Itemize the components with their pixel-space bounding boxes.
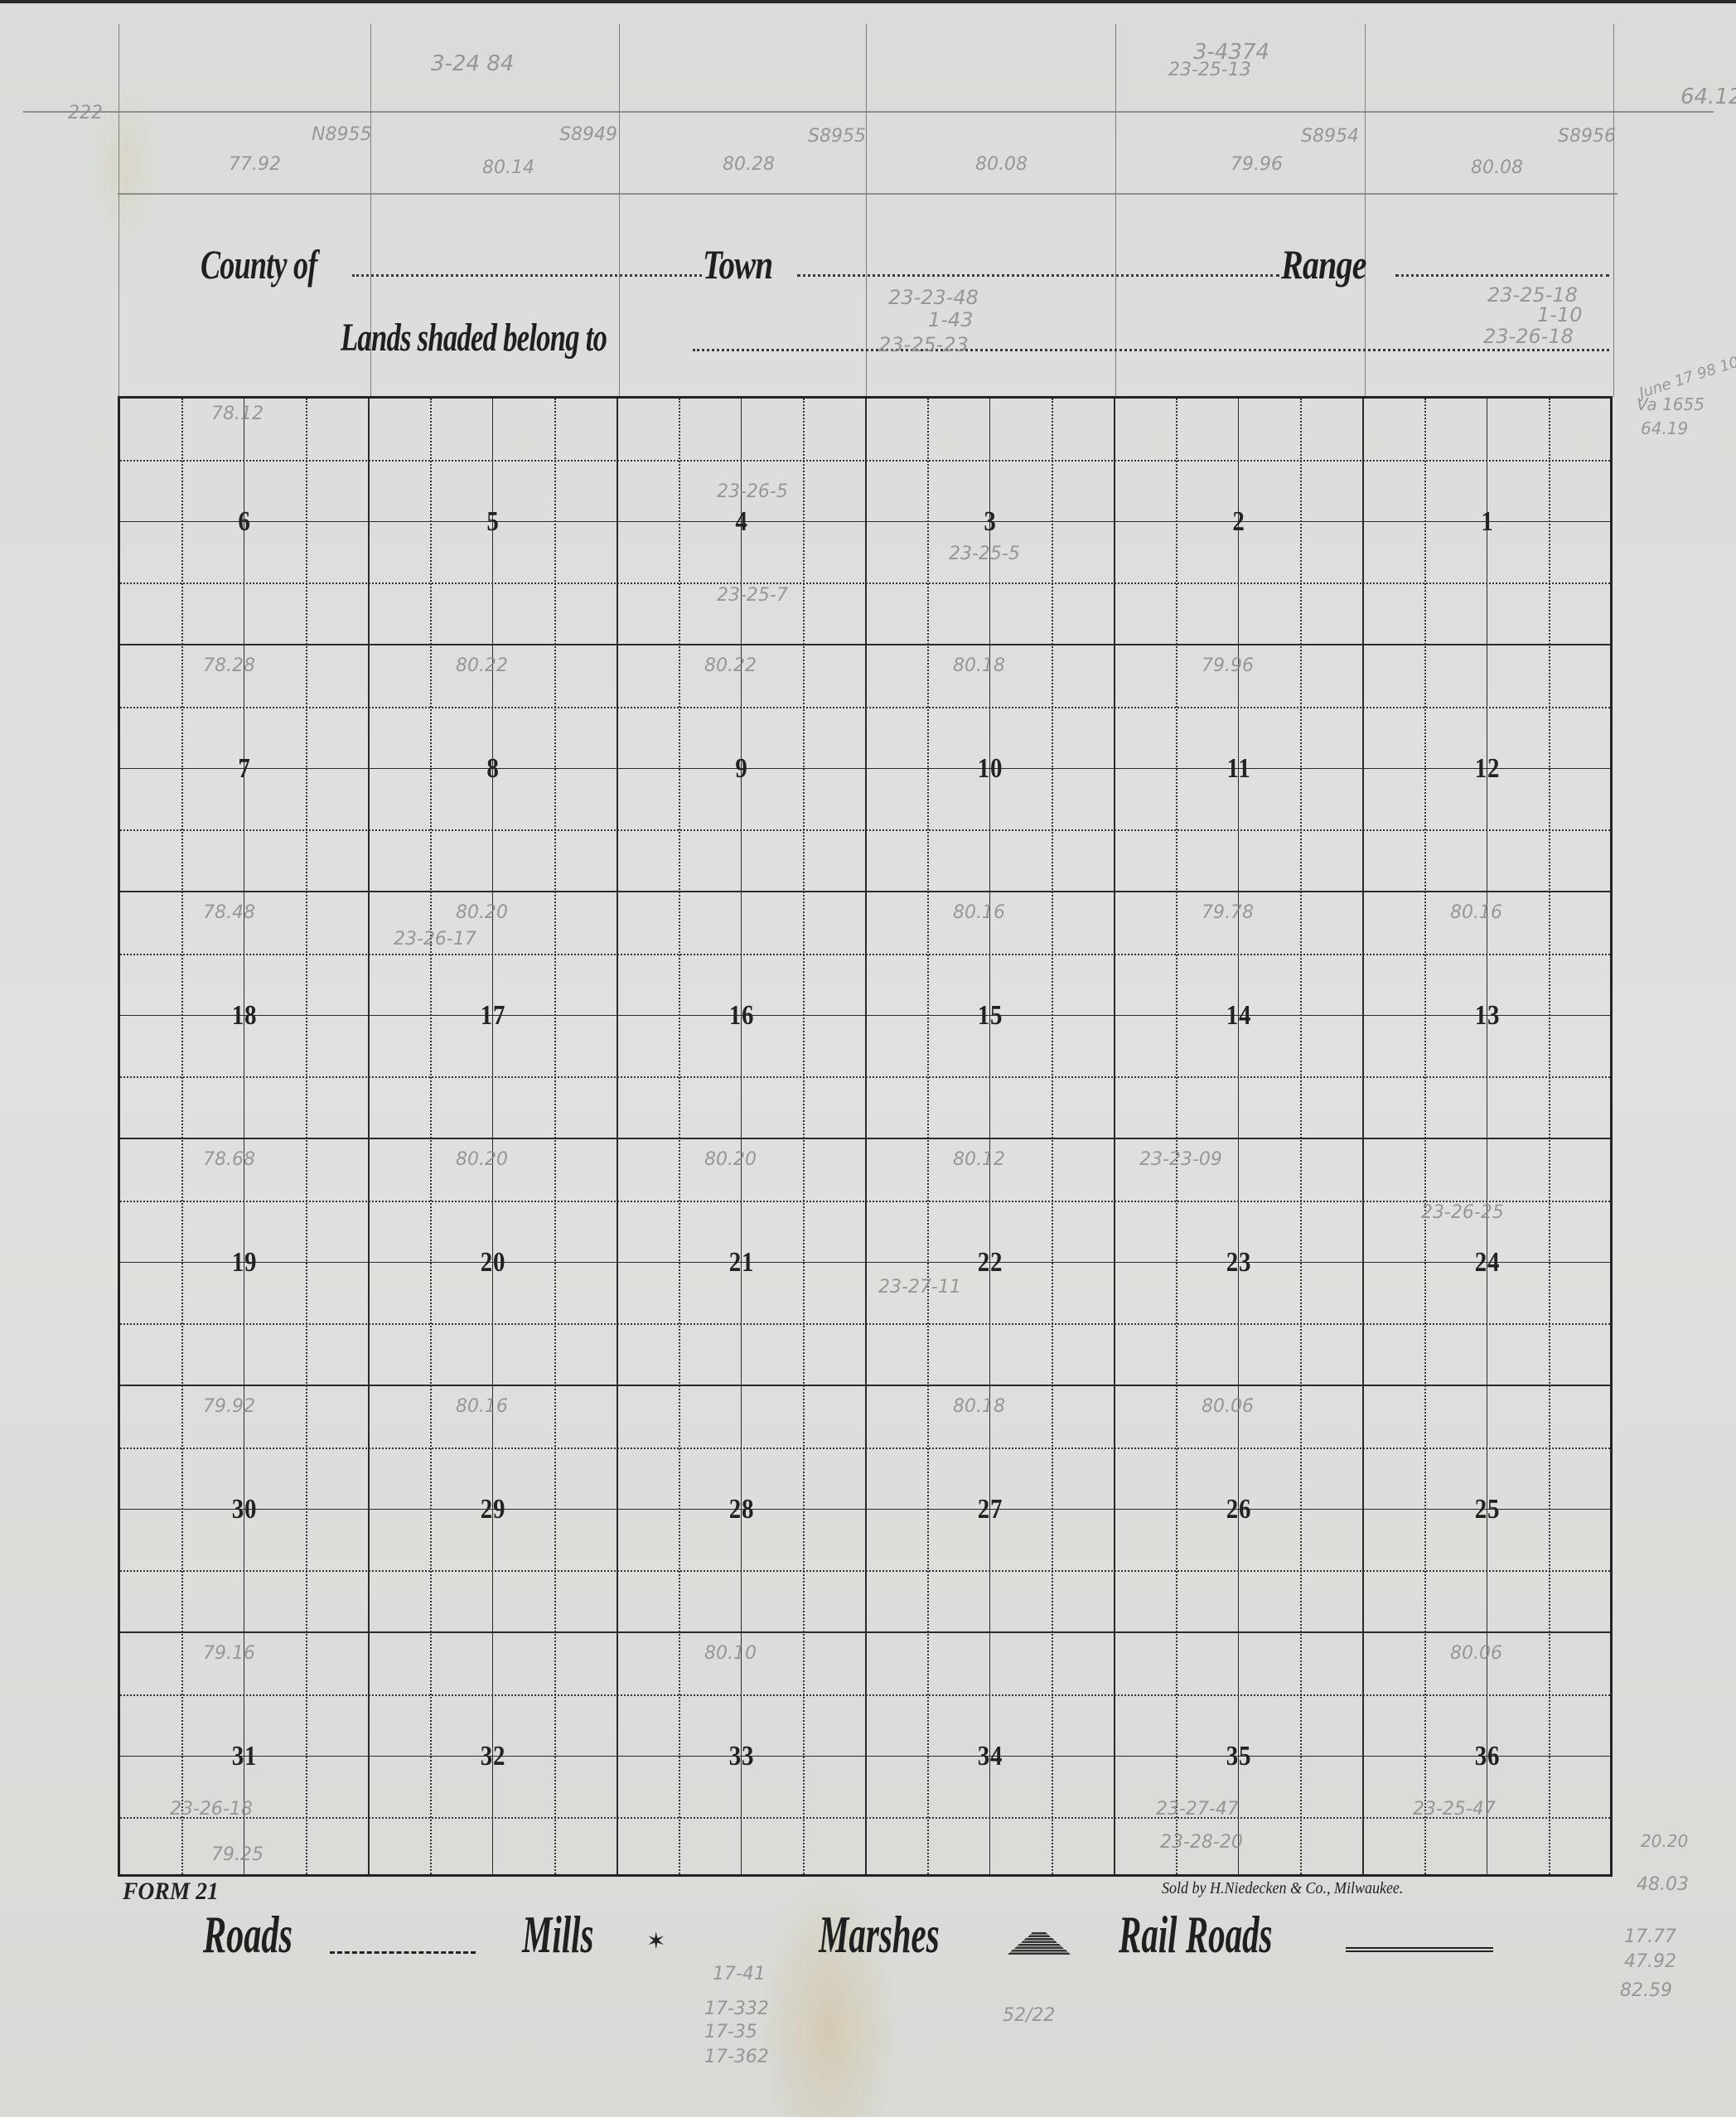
half-line-v [1238,399,1239,1874]
pencil-note: 23-25-23 [878,333,969,356]
scan-top-edge [0,0,1736,3]
pencil-note: 52/22 [1003,2005,1055,2026]
section-31[interactable]: 31 [232,1742,258,1771]
legend-rail-roads: Rail Roads [1119,1904,1273,1965]
pencil-note: 23-28-20 [1160,1832,1243,1853]
pencil-note: 20.20 [1641,1831,1688,1851]
section-7[interactable]: 7 [238,755,250,783]
section-5[interactable]: 5 [486,508,499,536]
pencil-note: 23-26-17 [394,929,476,950]
pencil-note: S8949 [559,124,617,145]
section-24[interactable]: 24 [1475,1249,1501,1277]
upper-vline-4 [866,24,867,397]
upper-vline-6 [1365,24,1366,397]
town-field[interactable] [797,274,1279,277]
pencil-note: 23-25-13 [1168,60,1251,80]
quarter-line-h [120,954,1610,955]
upper-vline-1 [118,24,119,397]
pencil-note: 80.20 [456,902,508,923]
range-label: Range [1281,240,1366,288]
pencil-note: 64.19 [1641,418,1688,438]
legend-roads: Roads [203,1904,293,1965]
section-13[interactable]: 13 [1475,1002,1501,1030]
section-34[interactable]: 34 [978,1742,1003,1771]
mill-star-icon: ✶ [646,1927,665,1955]
pencil-note: 80.20 [456,1149,508,1170]
half-line-h [120,521,1610,522]
section-11[interactable]: 11 [1226,755,1250,783]
section-8[interactable]: 8 [486,755,499,783]
half-line-h [120,1262,1610,1263]
section-2[interactable]: 2 [1232,508,1245,536]
pencil-note: 80.10 [704,1643,757,1664]
pencil-note: 79.96 [1231,154,1283,175]
legend-marshes: Marshes [819,1904,940,1965]
quarter-line-v [181,399,183,1874]
pencil-note: 222 [68,103,103,123]
section-21[interactable]: 21 [729,1249,755,1277]
section-18[interactable]: 18 [232,1002,258,1030]
pencil-note: 80.16 [953,902,1005,923]
pencil-note: 80.18 [953,1396,1005,1417]
pencil-note: 80.22 [704,655,757,676]
section-line-v [1362,399,1364,1874]
upper-vline-7 [1613,24,1614,397]
section-line-h [120,891,1610,892]
half-line-h [120,1756,1610,1757]
upper-line-1 [23,111,1714,113]
quarter-line-v [430,399,432,1874]
pencil-note: 23-26-18 [1483,325,1574,348]
section-19[interactable]: 19 [232,1249,258,1277]
pencil-note: S8956 [1558,126,1616,147]
quarter-line-h [120,1817,1610,1819]
pencil-note: 23-25-5 [949,544,1020,564]
pencil-note: 80.12 [953,1149,1005,1170]
pencil-note: 47.92 [1624,1951,1676,1972]
section-20[interactable]: 20 [481,1249,506,1277]
pencil-note: 79.92 [203,1396,255,1417]
section-9[interactable]: 9 [735,755,747,783]
marsh-symbol-icon [1001,1931,1077,1955]
pencil-note: 80.28 [723,154,775,175]
pencil-note: 17-362 [704,2047,769,2067]
quarter-line-v [679,399,680,1874]
lands-shaded-label: Lands shaded belong to [341,315,607,360]
upper-vline-5 [1115,24,1116,397]
section-line-v [617,399,618,1874]
half-line-h [120,1509,1610,1510]
pencil-note: June 17 98 10 am [1637,345,1736,402]
section-line-v [1114,399,1115,1874]
upper-vline-3 [619,24,620,397]
section-10[interactable]: 10 [978,755,1003,783]
pencil-note: 17.77 [1624,1926,1676,1947]
pencil-note: 17-332 [704,1999,769,2019]
pencil-note: 23-27-47 [1156,1799,1239,1820]
quarter-line-h [120,582,1610,584]
section-28[interactable]: 28 [729,1496,755,1524]
pencil-note: 23-25-7 [717,585,788,606]
section-33[interactable]: 33 [729,1742,755,1771]
pencil-note: 23-23-48 [888,286,979,309]
pencil-note: 80.06 [1202,1396,1254,1417]
pencil-note: S8955 [808,126,866,147]
section-16[interactable]: 16 [729,1002,755,1030]
pencil-note: 80.06 [1450,1643,1502,1664]
lands-owner-field[interactable] [693,349,1609,351]
quarter-line-v [554,399,556,1874]
pencil-note: 23-26-18 [170,1799,253,1820]
section-14[interactable]: 14 [1226,1002,1252,1030]
quarter-line-h [120,707,1610,708]
pencil-note: 80.08 [1471,157,1523,178]
pencil-note: 3-24 84 [431,51,514,76]
pencil-note: S8954 [1301,126,1359,147]
section-line-h [120,1138,1610,1139]
railroad-symbol [1346,1947,1493,1952]
pencil-note: 17-41 [713,1964,766,1984]
pencil-note: 80.18 [953,655,1005,676]
quarter-line-h [120,460,1610,462]
county-label: County of [201,240,317,288]
half-line-v [989,399,990,1874]
range-field[interactable] [1395,274,1609,277]
pencil-note: 64.12 [1680,85,1736,109]
pencil-note: 23-26-5 [717,481,788,502]
county-field[interactable] [352,274,702,277]
quarter-line-h [120,829,1610,831]
section-4[interactable]: 4 [735,508,747,536]
pencil-note: 79.78 [1202,902,1254,923]
half-line-v [492,399,493,1874]
section-23[interactable]: 23 [1226,1249,1252,1277]
pencil-note: 78.12 [211,404,264,424]
section-25[interactable]: 25 [1475,1496,1501,1524]
quarter-line-h [120,1323,1610,1325]
pencil-note: 23-26-25 [1421,1202,1504,1223]
quarter-line-v [306,399,307,1874]
pencil-note: Va 1655 [1637,394,1705,414]
section-36[interactable]: 36 [1475,1742,1501,1771]
pencil-note: 77.92 [229,154,281,175]
quarter-line-v [1300,399,1302,1874]
quarter-line-h [120,1076,1610,1078]
half-line-h [120,1015,1610,1016]
section-12[interactable]: 12 [1475,755,1501,783]
pencil-note: 23-27-11 [878,1277,961,1298]
form-number: FORM 21 [123,1878,219,1906]
quarter-line-v [1424,399,1426,1874]
pencil-note: 78.48 [203,902,255,923]
pencil-note: N8955 [312,124,371,145]
section-30[interactable]: 30 [232,1496,258,1524]
section-line-h [120,1631,1610,1633]
section-line-v [368,399,370,1874]
pencil-note: 17-35 [704,2022,757,2042]
pencil-note: 23-25-47 [1413,1799,1496,1820]
section-29[interactable]: 29 [481,1496,506,1524]
upper-line-2 [118,193,1618,195]
township-grid: 6 5 4 3 2 1 7 8 9 10 11 12 18 17 16 15 1… [118,396,1613,1877]
roads-symbol [330,1951,476,1954]
quarter-line-h [120,1694,1610,1696]
section-line-h [120,1385,1610,1386]
legend-mills: Mills [522,1904,594,1965]
quarter-line-v [927,399,929,1874]
quarter-line-v [803,399,805,1874]
pencil-note: 82.59 [1620,1980,1672,2001]
pencil-note: 80.16 [1450,902,1502,923]
section-3[interactable]: 3 [984,508,996,536]
quarter-line-v [1052,399,1053,1874]
section-1[interactable]: 1 [1481,508,1493,536]
quarter-line-v [1549,399,1550,1874]
pencil-note: 1-10 [1537,303,1582,326]
section-15[interactable]: 15 [978,1002,1003,1030]
quarter-line-h [120,1448,1610,1449]
pencil-note: 79.96 [1202,655,1254,676]
pencil-note: 23-23-09 [1139,1149,1222,1170]
quarter-line-h [120,1201,1610,1202]
section-22[interactable]: 22 [978,1249,1003,1277]
section-line-v [865,399,867,1874]
section-line-h [120,644,1610,645]
pencil-note: 80.14 [482,157,534,178]
pencil-note: 80.22 [456,655,508,676]
section-6[interactable]: 6 [238,508,250,536]
quarter-line-h [120,1570,1610,1572]
half-line-h [120,768,1610,769]
publisher-imprint: Sold by H.Niedecken & Co., Milwaukee. [1162,1879,1403,1898]
quarter-line-v [1176,399,1177,1874]
section-17[interactable]: 17 [481,1002,506,1030]
pencil-note: 80.16 [456,1396,508,1417]
section-32[interactable]: 32 [481,1742,506,1771]
pencil-note: 78.68 [203,1149,255,1170]
pencil-note: 80.20 [704,1149,757,1170]
section-26[interactable]: 26 [1226,1496,1252,1524]
section-27[interactable]: 27 [978,1496,1003,1524]
pencil-note: 79.16 [203,1643,255,1664]
town-label: Town [703,240,772,288]
pencil-note: 78.28 [203,655,255,676]
pencil-note: 80.08 [975,154,1028,175]
pencil-note: 79.25 [211,1844,264,1865]
section-35[interactable]: 35 [1226,1742,1252,1771]
pencil-note: 48.03 [1637,1874,1689,1895]
pencil-note: 1-43 [928,308,973,331]
